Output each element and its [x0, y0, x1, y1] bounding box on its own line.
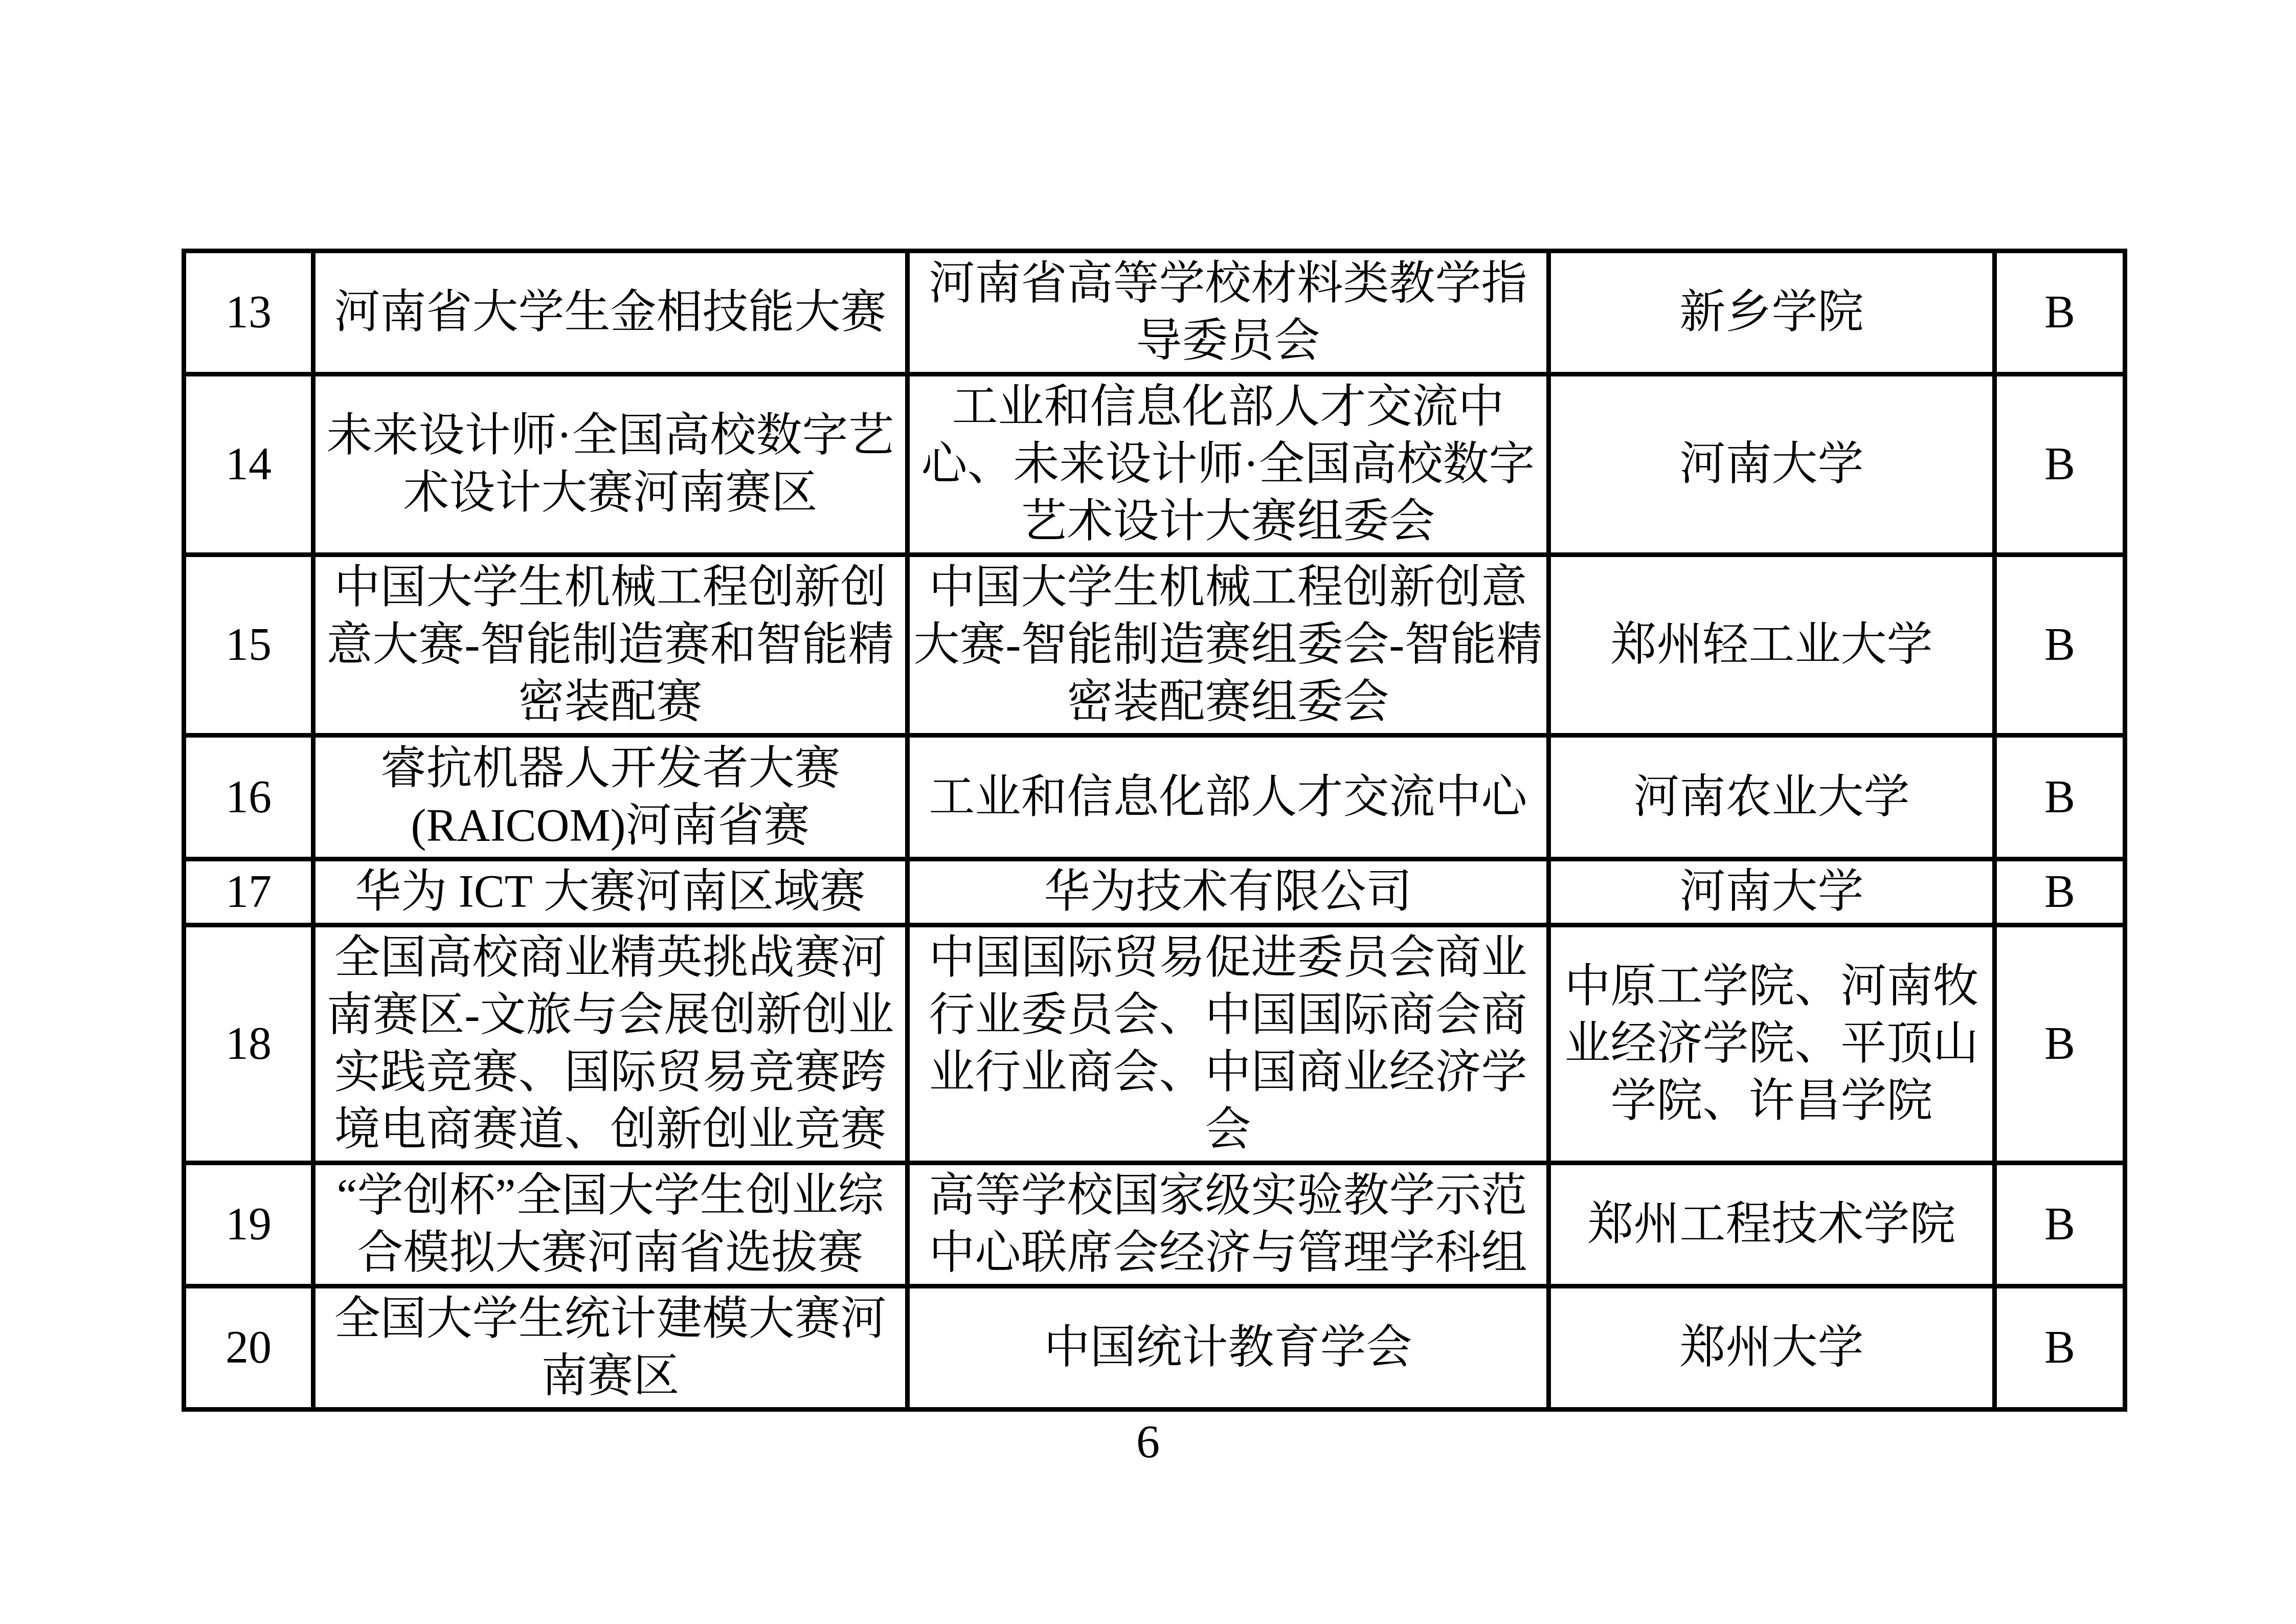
grade-cell: B: [1995, 736, 2125, 859]
competition-name-cell: 睿抗机器人开发者大赛(RAICOM)河南省赛: [313, 736, 908, 859]
host-university-cell: 河南大学: [1549, 374, 1995, 555]
competitions-table-body: 13河南省大学生金相技能大赛河南省高等学校材料类教学指导委员会新乡学院B14未来…: [184, 251, 2125, 1410]
row-number-cell: 20: [184, 1286, 313, 1410]
host-university-cell: 中原工学院、河南牧业经济学院、平顶山学院、许昌学院: [1549, 925, 1995, 1163]
competition-name-cell: 未来设计师·全国高校数字艺术设计大赛河南赛区: [313, 374, 908, 555]
organizer-cell: 中国国际贸易促进委员会商业行业委员会、中国国际商会商业行业商会、中国商业经济学会: [908, 925, 1549, 1163]
row-number-cell: 14: [184, 374, 313, 555]
host-university-cell: 河南农业大学: [1549, 736, 1995, 859]
grade-cell: B: [1995, 925, 2125, 1163]
table-row: 13河南省大学生金相技能大赛河南省高等学校材料类教学指导委员会新乡学院B: [184, 251, 2125, 374]
document-page: 13河南省大学生金相技能大赛河南省高等学校材料类教学指导委员会新乡学院B14未来…: [0, 0, 2296, 1624]
row-number-cell: 15: [184, 555, 313, 736]
row-number-cell: 19: [184, 1163, 313, 1286]
grade-cell: B: [1995, 251, 2125, 374]
row-number-cell: 18: [184, 925, 313, 1163]
host-university-cell: 新乡学院: [1549, 251, 1995, 374]
grade-cell: B: [1995, 1163, 2125, 1286]
organizer-cell: 中国大学生机械工程创新创意大赛-智能制造赛组委会-智能精密装配赛组委会: [908, 555, 1549, 736]
competition-name-cell: “学创杯”全国大学生创业综合模拟大赛河南省选拔赛: [313, 1163, 908, 1286]
page-number: 6: [0, 1413, 2296, 1470]
competition-name-cell: 华为 ICT 大赛河南区域赛: [313, 859, 908, 925]
grade-cell: B: [1995, 374, 2125, 555]
host-university-cell: 郑州大学: [1549, 1286, 1995, 1410]
competition-name-cell: 河南省大学生金相技能大赛: [313, 251, 908, 374]
host-university-cell: 河南大学: [1549, 859, 1995, 925]
table-row: 19“学创杯”全国大学生创业综合模拟大赛河南省选拔赛高等学校国家级实验教学示范中…: [184, 1163, 2125, 1286]
host-university-cell: 郑州轻工业大学: [1549, 555, 1995, 736]
grade-cell: B: [1995, 555, 2125, 736]
organizer-cell: 中国统计教育学会: [908, 1286, 1549, 1410]
organizer-cell: 华为技术有限公司: [908, 859, 1549, 925]
organizer-cell: 河南省高等学校材料类教学指导委员会: [908, 251, 1549, 374]
competition-name-cell: 全国大学生统计建模大赛河南赛区: [313, 1286, 908, 1410]
table-row: 16睿抗机器人开发者大赛(RAICOM)河南省赛工业和信息化部人才交流中心河南农…: [184, 736, 2125, 859]
competition-name-cell: 中国大学生机械工程创新创意大赛-智能制造赛和智能精密装配赛: [313, 555, 908, 736]
organizer-cell: 高等学校国家级实验教学示范中心联席会经济与管理学科组: [908, 1163, 1549, 1286]
grade-cell: B: [1995, 1286, 2125, 1410]
table-row: 20全国大学生统计建模大赛河南赛区中国统计教育学会郑州大学B: [184, 1286, 2125, 1410]
organizer-cell: 工业和信息化部人才交流中心: [908, 736, 1549, 859]
competition-name-cell: 全国高校商业精英挑战赛河南赛区-文旅与会展创新创业实践竞赛、国际贸易竞赛跨境电商…: [313, 925, 908, 1163]
table-row: 18全国高校商业精英挑战赛河南赛区-文旅与会展创新创业实践竞赛、国际贸易竞赛跨境…: [184, 925, 2125, 1163]
organizer-cell: 工业和信息化部人才交流中心、未来设计师·全国高校数字艺术设计大赛组委会: [908, 374, 1549, 555]
table-row: 15中国大学生机械工程创新创意大赛-智能制造赛和智能精密装配赛中国大学生机械工程…: [184, 555, 2125, 736]
table-row: 17华为 ICT 大赛河南区域赛华为技术有限公司河南大学B: [184, 859, 2125, 925]
row-number-cell: 16: [184, 736, 313, 859]
row-number-cell: 17: [184, 859, 313, 925]
row-number-cell: 13: [184, 251, 313, 374]
competitions-table: 13河南省大学生金相技能大赛河南省高等学校材料类教学指导委员会新乡学院B14未来…: [182, 249, 2127, 1412]
grade-cell: B: [1995, 859, 2125, 925]
host-university-cell: 郑州工程技术学院: [1549, 1163, 1995, 1286]
table-row: 14未来设计师·全国高校数字艺术设计大赛河南赛区工业和信息化部人才交流中心、未来…: [184, 374, 2125, 555]
